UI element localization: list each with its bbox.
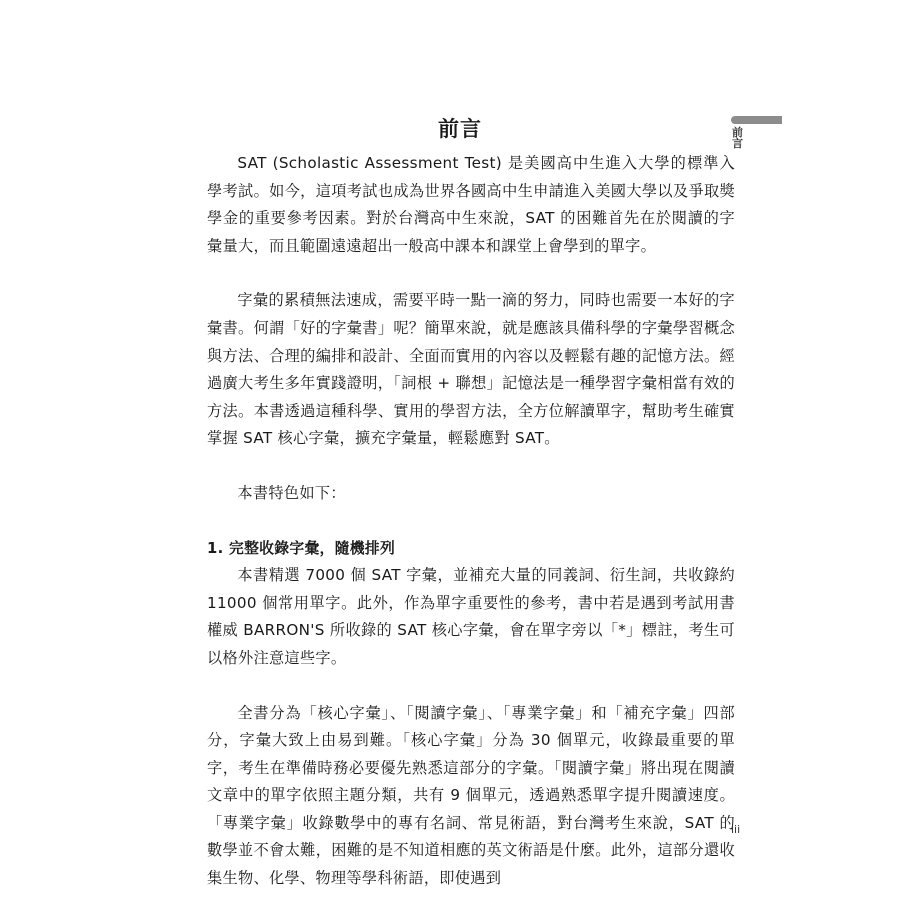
- feature-paragraph: 本書精選 7000 個 SAT 字彙，並補充大量的同義詞、衍生詞，共收錄約 11…: [207, 562, 735, 672]
- intro-paragraph: SAT (Scholastic Assessment Test) 是美國高中生進…: [207, 150, 735, 260]
- paragraph-gap: [207, 508, 735, 535]
- page-number: iii: [731, 823, 740, 836]
- paragraph-gap: [207, 673, 735, 700]
- paragraph-gap: [207, 260, 735, 287]
- feature-heading: 1. 完整收錄字彙，隨機排列: [207, 535, 735, 563]
- features-intro: 本書特色如下：: [207, 480, 735, 508]
- method-paragraph: 字彙的累積無法速成，需要平時一點一滴的努力，同時也需要一本好的字彙書。何謂「好的…: [207, 287, 735, 453]
- chapter-tab-label: 前言: [732, 127, 744, 149]
- feature-paragraph: 全書分為「核心字彙」、「閱讀字彙」、「專業字彙」和「補充字彙」四部分，字彙大致上…: [207, 700, 735, 893]
- paragraph-gap: [207, 453, 735, 480]
- page-body: SAT (Scholastic Assessment Test) 是美國高中生進…: [207, 150, 735, 893]
- chapter-tab-marker: [731, 116, 782, 124]
